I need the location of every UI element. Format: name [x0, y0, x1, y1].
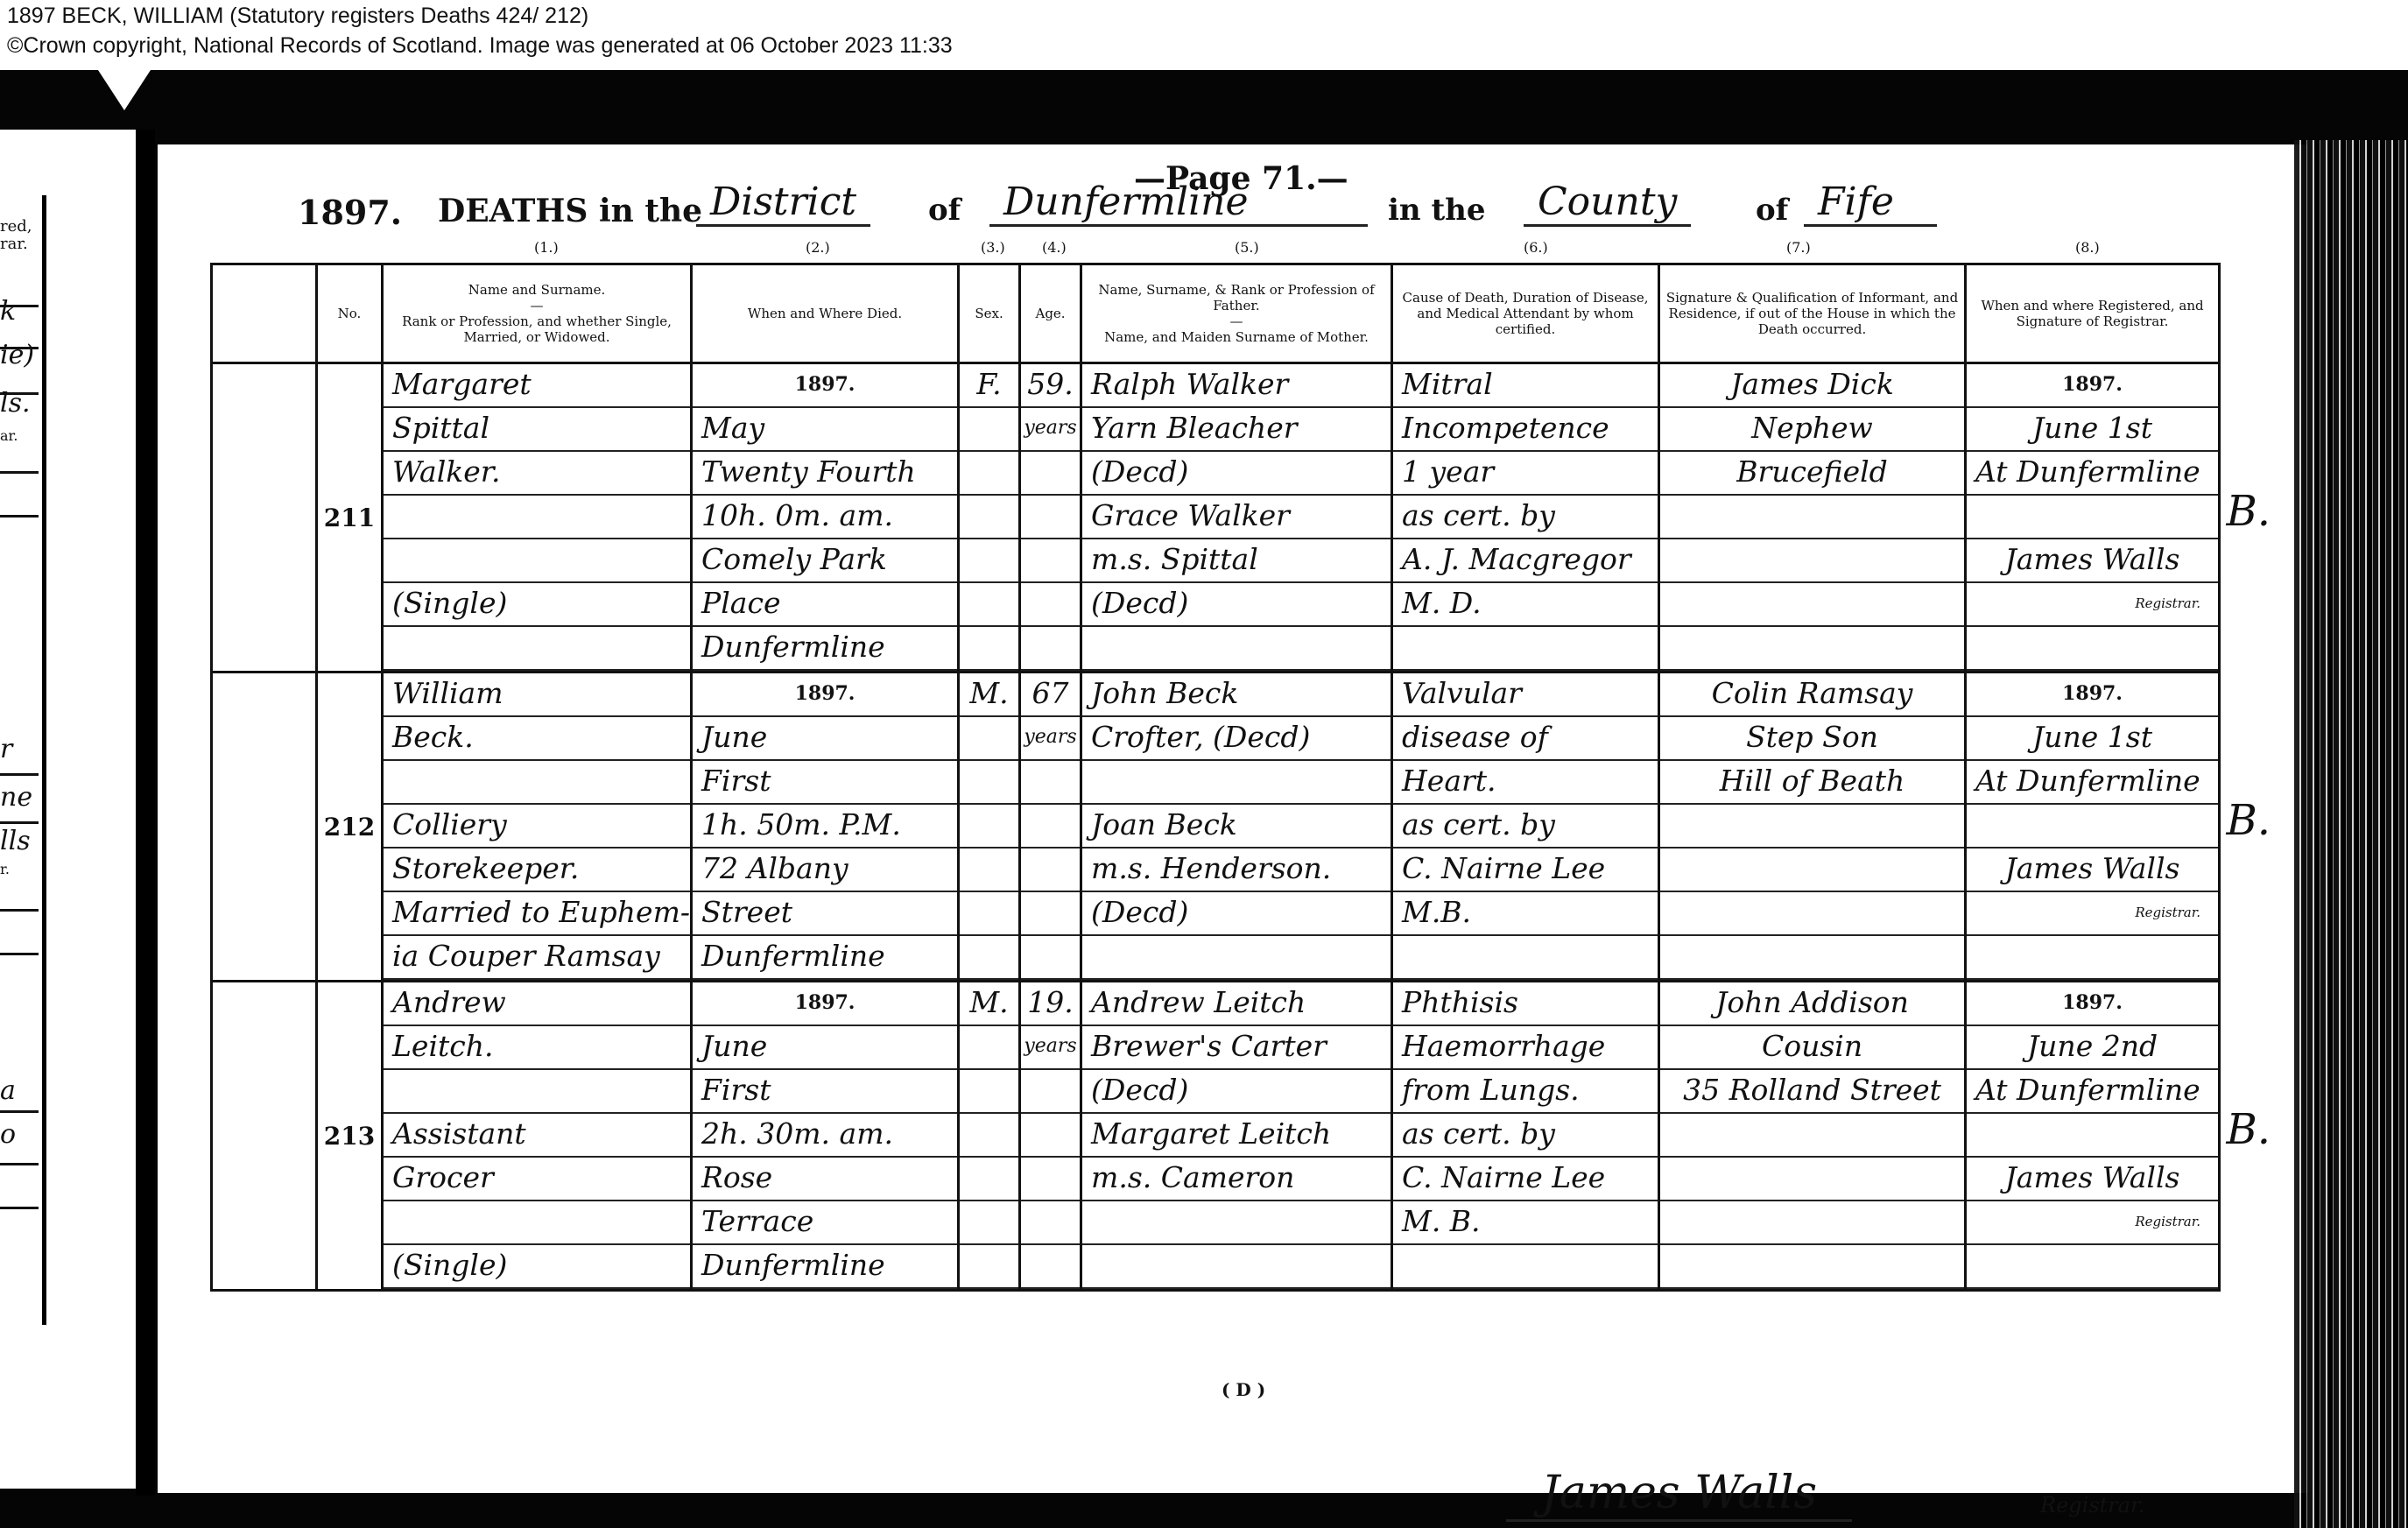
record-title: 1897 BECK, WILLIAM (Statutory registers … [7, 4, 588, 29]
informant-line [1660, 936, 1964, 980]
when-where-line: Dunfermline [693, 936, 957, 980]
cause-line: M.B. [1393, 892, 1658, 936]
cause-line [1393, 936, 1658, 980]
deaths-heading: DEATHS in the [438, 193, 702, 229]
registered-line: June 1st [1967, 717, 2218, 761]
name-line [384, 496, 690, 539]
age-cell: 67years [1020, 672, 1081, 982]
registrar-signature: James Walls [1506, 1467, 1852, 1522]
name-line: William [384, 673, 690, 717]
heading-of: of [928, 193, 961, 228]
cause-line [1393, 1245, 1658, 1289]
blank-margin-cell [212, 982, 317, 1291]
header-sex: Sex. [959, 264, 1020, 363]
name-line: ia Couper Ramsay [384, 936, 690, 980]
cause-cell: MitralIncompetence1 yearas cert. byA. J.… [1392, 363, 1659, 672]
name-line: Grocer [384, 1158, 690, 1201]
when-where-line: 10h. 0m. am. [693, 496, 957, 539]
informant-line [1660, 496, 1964, 539]
heading-of-2: of [1756, 193, 1788, 228]
margin-b-mark: B. [2227, 1105, 2271, 1154]
age-cell: 19.years [1020, 982, 1081, 1291]
informant-line: Cousin [1660, 1026, 1964, 1070]
name-line: Walker. [384, 452, 690, 496]
age-value: 19. [1021, 982, 1080, 1026]
age-value: years [1021, 717, 1080, 761]
age-value: 67 [1021, 673, 1080, 717]
heading-in-the: in the [1388, 193, 1486, 228]
informant-line: John Addison [1660, 982, 1964, 1026]
left-fragment: red, [0, 217, 32, 236]
parents-line: Brewer's Carter [1082, 1026, 1391, 1070]
header-name: Name and Surname.—Rank or Profession, an… [383, 264, 692, 363]
parents-line [1082, 627, 1391, 671]
name-line: Married to Euphem- [384, 892, 690, 936]
when-where-line: 1897. [693, 982, 957, 1026]
column-number: (3.) [981, 239, 1005, 256]
book-gutter [136, 130, 155, 1496]
name-line: Colliery [384, 805, 690, 848]
registered-line [1967, 936, 2218, 980]
blank-margin-cell [212, 672, 317, 982]
left-fragment: ie) [0, 340, 34, 370]
when-where-line: 1h. 50m. P.M. [693, 805, 957, 848]
district-name: Dunfermline [989, 180, 1368, 227]
left-fragment: a [0, 1075, 16, 1106]
informant-line [1660, 805, 1964, 848]
column-number: (1.) [534, 239, 559, 256]
informant-cell: James DickNephewBrucefield [1659, 363, 1966, 672]
informant-cell: Colin RamsayStep SonHill of Beath [1659, 672, 1966, 982]
cause-line: disease of [1393, 717, 1658, 761]
name-line: Storekeeper. [384, 848, 690, 892]
parents-line [1082, 936, 1391, 980]
left-fragment: ls. [0, 388, 31, 419]
blank-margin-header [212, 264, 317, 363]
name-line: Beck. [384, 717, 690, 761]
cause-line: M. D. [1393, 583, 1658, 627]
name-line: Spittal [384, 408, 690, 452]
informant-line [1660, 848, 1964, 892]
parents-cell: Ralph WalkerYarn Bleacher(Decd)Grace Wal… [1081, 363, 1392, 672]
margin-b-mark: B. [2227, 487, 2271, 536]
informant-line: Colin Ramsay [1660, 673, 1964, 717]
when-where-cell: 1897.JuneFirst1h. 50m. P.M.72 AlbanyStre… [692, 672, 959, 982]
when-where-cell: 1897.MayTwenty Fourth10h. 0m. am.Comely … [692, 363, 959, 672]
parents-line: (Decd) [1082, 1070, 1391, 1114]
header-age: Age. [1020, 264, 1081, 363]
informant-line [1660, 1158, 1964, 1201]
when-where-line: First [693, 761, 957, 805]
sex-cell: F. [959, 363, 1020, 672]
cause-line [1393, 627, 1658, 671]
name-line [384, 1070, 690, 1114]
table-header-row: No. Name and Surname.—Rank or Profession… [212, 264, 2220, 363]
registered-line [1967, 805, 2218, 848]
name-line: Andrew [384, 982, 690, 1026]
when-where-line: Rose [693, 1158, 957, 1201]
column-number: (5.) [1235, 239, 1259, 256]
parents-line: Grace Walker [1082, 496, 1391, 539]
registered-line: At Dunfermline [1967, 761, 2218, 805]
header-no: No. [317, 264, 383, 363]
when-where-line: Terrace [693, 1201, 957, 1245]
when-where-line: 72 Albany [693, 848, 957, 892]
registered-line: James Walls [1967, 1158, 2218, 1201]
cause-line: A. J. Macgregor [1393, 539, 1658, 583]
registered-cell: 1897.June 1stAt DunfermlineJames WallsRe… [1966, 363, 2220, 672]
cause-line: C. Nairne Lee [1393, 1158, 1658, 1201]
informant-line [1660, 1201, 1964, 1245]
parents-line: Andrew Leitch [1082, 982, 1391, 1026]
cause-line: as cert. by [1393, 1114, 1658, 1158]
footer-letter: ( D ) [1222, 1379, 1265, 1400]
left-fragment: lls [0, 826, 31, 856]
header-cause: Cause of Death, Duration of Disease, and… [1392, 264, 1659, 363]
parents-line: m.s. Spittal [1082, 539, 1391, 583]
parents-line [1082, 761, 1391, 805]
left-fragment: ne [0, 782, 32, 813]
name-cell: MargaretSpittalWalker.(Single) [383, 363, 692, 672]
name-line [384, 761, 690, 805]
cause-line: as cert. by [1393, 805, 1658, 848]
registered-line: June 1st [1967, 408, 2218, 452]
parents-line: m.s. Henderson. [1082, 848, 1391, 892]
registered-line: Registrar. [1967, 892, 2218, 936]
cause-line: as cert. by [1393, 496, 1658, 539]
registered-line [1967, 496, 2218, 539]
blank-margin-cell [212, 363, 317, 672]
table-row: 213AndrewLeitch.AssistantGrocer(Single)1… [212, 982, 2220, 1291]
informant-line: Nephew [1660, 408, 1964, 452]
copyright-notice: ©Crown copyright, National Records of Sc… [7, 33, 953, 59]
sex-value: M. [960, 982, 1018, 1026]
cause-line: Mitral [1393, 364, 1658, 408]
age-cell: 59.years [1020, 363, 1081, 672]
when-where-line: June [693, 717, 957, 761]
parents-cell: John BeckCrofter, (Decd)Joan Beckm.s. He… [1081, 672, 1392, 982]
when-where-line: First [693, 1070, 957, 1114]
informant-line: Step Son [1660, 717, 1964, 761]
cause-line: Phthisis [1393, 982, 1658, 1026]
sex-cell: M. [959, 982, 1020, 1291]
parents-line: John Beck [1082, 673, 1391, 717]
name-line: (Single) [384, 1245, 690, 1289]
parents-line: Crofter, (Decd) [1082, 717, 1391, 761]
margin-b-mark: B. [2227, 796, 2271, 845]
when-where-line: May [693, 408, 957, 452]
cause-line: M. B. [1393, 1201, 1658, 1245]
age-value: 59. [1021, 364, 1080, 408]
name-line: Leitch. [384, 1026, 690, 1070]
age-value: years [1021, 408, 1080, 452]
entry-number: 211 [317, 363, 383, 672]
column-number: (8.) [2075, 239, 2100, 256]
name-line [384, 627, 690, 671]
death-register-table: No. Name and Surname.—Rank or Profession… [210, 263, 2221, 1292]
when-where-line: 1897. [693, 673, 957, 717]
notch-marker [98, 70, 151, 110]
parents-line: Ralph Walker [1082, 364, 1391, 408]
scanned-register-image: red, rar. k ie) ls. ar. r ne lls r. a o … [0, 70, 2408, 1528]
parents-cell: Andrew LeitchBrewer's Carter(Decd)Margar… [1081, 982, 1392, 1291]
cause-line: Valvular [1393, 673, 1658, 717]
name-line [384, 539, 690, 583]
registered-line: 1897. [1967, 982, 2218, 1026]
left-fragment: o [0, 1119, 16, 1150]
parents-line [1082, 1201, 1391, 1245]
informant-line [1660, 539, 1964, 583]
when-where-line: June [693, 1026, 957, 1070]
informant-line: Brucefield [1660, 452, 1964, 496]
column-number: (6.) [1524, 239, 1548, 256]
cause-cell: PhthisisHaemorrhagefrom Lungs.as cert. b… [1392, 982, 1659, 1291]
registered-line: Registrar. [1967, 583, 2218, 627]
table-row: 212WilliamBeck.CollieryStorekeeper.Marri… [212, 672, 2220, 982]
parents-line: (Decd) [1082, 892, 1391, 936]
registered-line: June 2nd [1967, 1026, 2218, 1070]
registered-line: At Dunfermline [1967, 1070, 2218, 1114]
cause-cell: Valvulardisease ofHeart.as cert. byC. Na… [1392, 672, 1659, 982]
when-where-line: Dunfermline [693, 627, 957, 671]
left-fragment: r [0, 734, 12, 764]
when-where-line: 1897. [693, 364, 957, 408]
parents-line: (Decd) [1082, 583, 1391, 627]
header-informant: Signature & Qualification of Informant, … [1659, 264, 1966, 363]
district-word: District [696, 180, 870, 227]
left-fragment: r. [0, 861, 10, 877]
registered-cell: 1897.June 2ndAt DunfermlineJames WallsRe… [1966, 982, 2220, 1291]
informant-line: Hill of Beath [1660, 761, 1964, 805]
header-registered: When and where Registered, and Signature… [1966, 264, 2220, 363]
sex-value: M. [960, 673, 1018, 717]
cause-line: from Lungs. [1393, 1070, 1658, 1114]
informant-line [1660, 892, 1964, 936]
name-line: (Single) [384, 583, 690, 627]
when-where-line: Place [693, 583, 957, 627]
registered-cell: 1897.June 1stAt DunfermlineJames WallsRe… [1966, 672, 2220, 982]
name-cell: AndrewLeitch.AssistantGrocer(Single) [383, 982, 692, 1291]
registered-line: At Dunfermline [1967, 452, 2218, 496]
informant-cell: John AddisonCousin35 Rolland Street [1659, 982, 1966, 1291]
cause-line: C. Nairne Lee [1393, 848, 1658, 892]
when-where-line: Comely Park [693, 539, 957, 583]
cause-line: Haemorrhage [1393, 1026, 1658, 1070]
county-name: Fife [1804, 180, 1937, 227]
left-page-fragment: red, rar. k ie) ls. ar. r ne lls r. a o [0, 130, 140, 1489]
informant-line: James Dick [1660, 364, 1964, 408]
parents-line: Yarn Bleacher [1082, 408, 1391, 452]
name-cell: WilliamBeck.CollieryStorekeeper.Married … [383, 672, 692, 982]
sex-value: F. [960, 364, 1018, 408]
informant-line: 35 Rolland Street [1660, 1070, 1964, 1114]
table-row: 211MargaretSpittalWalker.(Single)1897.Ma… [212, 363, 2220, 672]
left-fragment: ar. [0, 427, 18, 444]
cause-line: 1 year [1393, 452, 1658, 496]
column-number: (4.) [1042, 239, 1067, 256]
register-page: —Page 71.— 1897. DEATHS in the District … [158, 144, 2307, 1493]
name-line [384, 1201, 690, 1245]
when-where-line: 2h. 30m. am. [693, 1114, 957, 1158]
registered-line [1967, 1114, 2218, 1158]
page-edge [2294, 140, 2408, 1528]
informant-line [1660, 583, 1964, 627]
entry-number: 213 [317, 982, 383, 1291]
when-where-line: Street [693, 892, 957, 936]
registered-line [1967, 627, 2218, 671]
registered-line: James Walls [1967, 539, 2218, 583]
informant-line [1660, 627, 1964, 671]
parents-line [1082, 1245, 1391, 1289]
name-line: Assistant [384, 1114, 690, 1158]
sex-cell: M. [959, 672, 1020, 982]
parents-line: (Decd) [1082, 452, 1391, 496]
header-when-where: When and Where Died. [692, 264, 959, 363]
age-value: years [1021, 1026, 1080, 1070]
entry-number: 212 [317, 672, 383, 982]
header-parents: Name, Surname, & Rank or Profession of F… [1081, 264, 1392, 363]
left-fragment: rar. [0, 235, 28, 253]
informant-line [1660, 1245, 1964, 1289]
cause-line: Incompetence [1393, 408, 1658, 452]
informant-line [1660, 1114, 1964, 1158]
when-where-cell: 1897.JuneFirst2h. 30m. am.RoseTerraceDun… [692, 982, 959, 1291]
registrar-label: Registrar. [2040, 1493, 2145, 1517]
name-line: Margaret [384, 364, 690, 408]
when-where-line: Twenty Fourth [693, 452, 957, 496]
column-number: (2.) [806, 239, 830, 256]
parents-line: Joan Beck [1082, 805, 1391, 848]
cause-line: Heart. [1393, 761, 1658, 805]
registered-line: James Walls [1967, 848, 2218, 892]
column-number: (7.) [1786, 239, 1811, 256]
parents-line: m.s. Cameron [1082, 1158, 1391, 1201]
registered-line: 1897. [1967, 364, 2218, 408]
registered-line [1967, 1245, 2218, 1289]
parents-line: Margaret Leitch [1082, 1114, 1391, 1158]
left-fragment: k [0, 296, 16, 327]
when-where-line: Dunfermline [693, 1245, 957, 1289]
register-year: 1897. [298, 193, 402, 232]
registered-line: Registrar. [1967, 1201, 2218, 1245]
registered-line: 1897. [1967, 673, 2218, 717]
county-word: County [1524, 180, 1691, 227]
